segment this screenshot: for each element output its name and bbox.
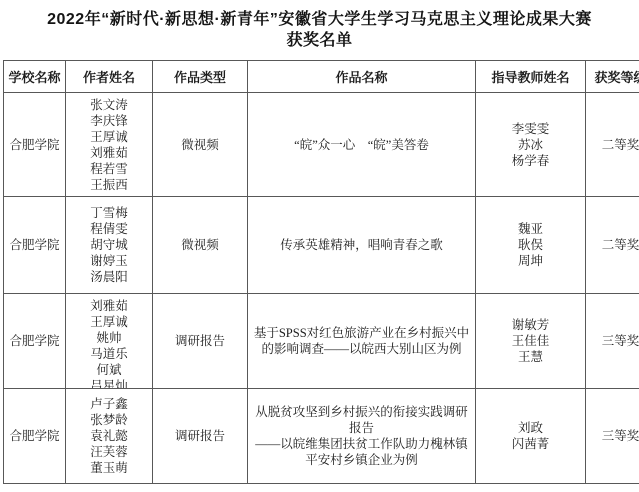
work-type: 微视频: [153, 197, 247, 293]
cell-authors: 丁雪梅 程倩雯 胡守城 谢婷玉 汤晨阳: [66, 197, 153, 294]
teacher-names: 李雯雯 苏冰 杨学春: [476, 93, 585, 196]
table-row: 合肥学院 张文涛 李庆锋 王厚诚 刘雅茹 程若雪 王振西 微视频 “皖”众一心 …: [4, 93, 639, 197]
cell-award: 二等奖: [586, 197, 639, 294]
work-title: 从脱贫攻坚到乡村振兴的衔接实践调研 报告 ——以皖维集团扶贫工作队助力槐林镇 平…: [248, 389, 475, 483]
cell-authors: 卢子鑫 张梦龄 袁礼懿 汪芙蓉 董玉萌: [66, 389, 153, 484]
cell-school: 合肥学院: [4, 389, 66, 484]
work-type: 微视频: [153, 93, 247, 196]
work-type: 调研报告: [153, 389, 247, 483]
column-header-work-type: 作品类型: [153, 61, 248, 93]
work-title: 传承英雄精神，唱响青春之歌: [248, 197, 475, 293]
page: 2022年“新时代·新思想·新青年”安徽省大学生学习马克思主义理论成果大赛 获奖…: [0, 0, 639, 492]
teacher-names: 魏亚 耿俣 周坤: [476, 197, 585, 293]
page-title-line2: 获奖名单: [0, 30, 639, 51]
cell-work-title: 从脱贫攻坚到乡村振兴的衔接实践调研 报告 ——以皖维集团扶贫工作队助力槐林镇 平…: [248, 389, 476, 484]
cell-work-title: “皖”众一心 “皖”美答卷: [248, 93, 476, 197]
cell-teachers: 魏亚 耿俣 周坤: [476, 197, 586, 294]
cell-work-type: 微视频: [153, 93, 248, 197]
award-level: 三等奖: [586, 389, 639, 483]
cell-work-title: 基于SPSS对红色旅游产业在乡村振兴中 的影响调查——以皖西大别山区为例: [248, 294, 476, 389]
cell-award: 三等奖: [586, 294, 639, 389]
column-header-school: 学校名称: [4, 61, 66, 93]
cell-work-type: 微视频: [153, 197, 248, 294]
teacher-names: 谢敏芳 王佳佳 王慧: [476, 294, 585, 388]
cell-teachers: 谢敏芳 王佳佳 王慧: [476, 294, 586, 389]
cell-award: 二等奖: [586, 93, 639, 197]
cell-school: 合肥学院: [4, 197, 66, 294]
award-level: 三等奖: [586, 294, 639, 388]
teacher-names: 刘政 闪茜菁: [476, 389, 585, 483]
table-row: 合肥学院 卢子鑫 张梦龄 袁礼懿 汪芙蓉 董玉萌 调研报告 从脱贫攻坚到乡村振兴…: [4, 389, 639, 484]
cell-work-type: 调研报告: [153, 389, 248, 484]
cell-authors: 张文涛 李庆锋 王厚诚 刘雅茹 程若雪 王振西: [66, 93, 153, 197]
work-title: 基于SPSS对红色旅游产业在乡村振兴中 的影响调查——以皖西大别山区为例: [248, 294, 475, 388]
column-header-work-title: 作品名称: [248, 61, 476, 93]
school-name: 合肥学院: [4, 93, 65, 196]
cell-school: 合肥学院: [4, 294, 66, 389]
author-names: 丁雪梅 程倩雯 胡守城 谢婷玉 汤晨阳: [66, 197, 152, 293]
cell-authors: 刘雅茹 王厚诚 姚帅 马道乐 何斌 吕星灿: [66, 294, 153, 389]
cell-teachers: 李雯雯 苏冰 杨学春: [476, 93, 586, 197]
work-type: 调研报告: [153, 294, 247, 388]
cell-school: 合肥学院: [4, 93, 66, 197]
page-title: 2022年“新时代·新思想·新青年”安徽省大学生学习马克思主义理论成果大赛 获奖…: [0, 9, 639, 51]
header-row: 学校名称 作者姓名 作品类型 作品名称 指导教师姓名 获奖等级: [4, 61, 639, 93]
cell-award: 三等奖: [586, 389, 639, 484]
award-level: 二等奖: [586, 93, 639, 196]
column-header-award: 获奖等级: [586, 61, 639, 93]
cell-work-type: 调研报告: [153, 294, 248, 389]
school-name: 合肥学院: [4, 197, 65, 293]
cell-teachers: 刘政 闪茜菁: [476, 389, 586, 484]
page-title-line1: 2022年“新时代·新思想·新青年”安徽省大学生学习马克思主义理论成果大赛: [0, 9, 639, 30]
table-row: 合肥学院 丁雪梅 程倩雯 胡守城 谢婷玉 汤晨阳 微视频 传承英雄精神，唱响青春…: [4, 197, 639, 294]
column-header-authors: 作者姓名: [66, 61, 153, 93]
author-names: 卢子鑫 张梦龄 袁礼懿 汪芙蓉 董玉萌: [66, 389, 152, 483]
school-name: 合肥学院: [4, 389, 65, 483]
author-names: 张文涛 李庆锋 王厚诚 刘雅茹 程若雪 王振西: [66, 93, 152, 196]
column-header-teachers: 指导教师姓名: [476, 61, 586, 93]
author-names: 刘雅茹 王厚诚 姚帅 马道乐 何斌 吕星灿: [66, 294, 152, 388]
work-title: “皖”众一心 “皖”美答卷: [248, 93, 475, 196]
cell-work-title: 传承英雄精神，唱响青春之歌: [248, 197, 476, 294]
awards-table: 学校名称 作者姓名 作品类型 作品名称 指导教师姓名 获奖等级 合肥学院 张文涛…: [3, 60, 639, 484]
table-row: 合肥学院 刘雅茹 王厚诚 姚帅 马道乐 何斌 吕星灿 调研报告 基于SPSS对红…: [4, 294, 639, 389]
award-level: 二等奖: [586, 197, 639, 293]
school-name: 合肥学院: [4, 294, 65, 388]
